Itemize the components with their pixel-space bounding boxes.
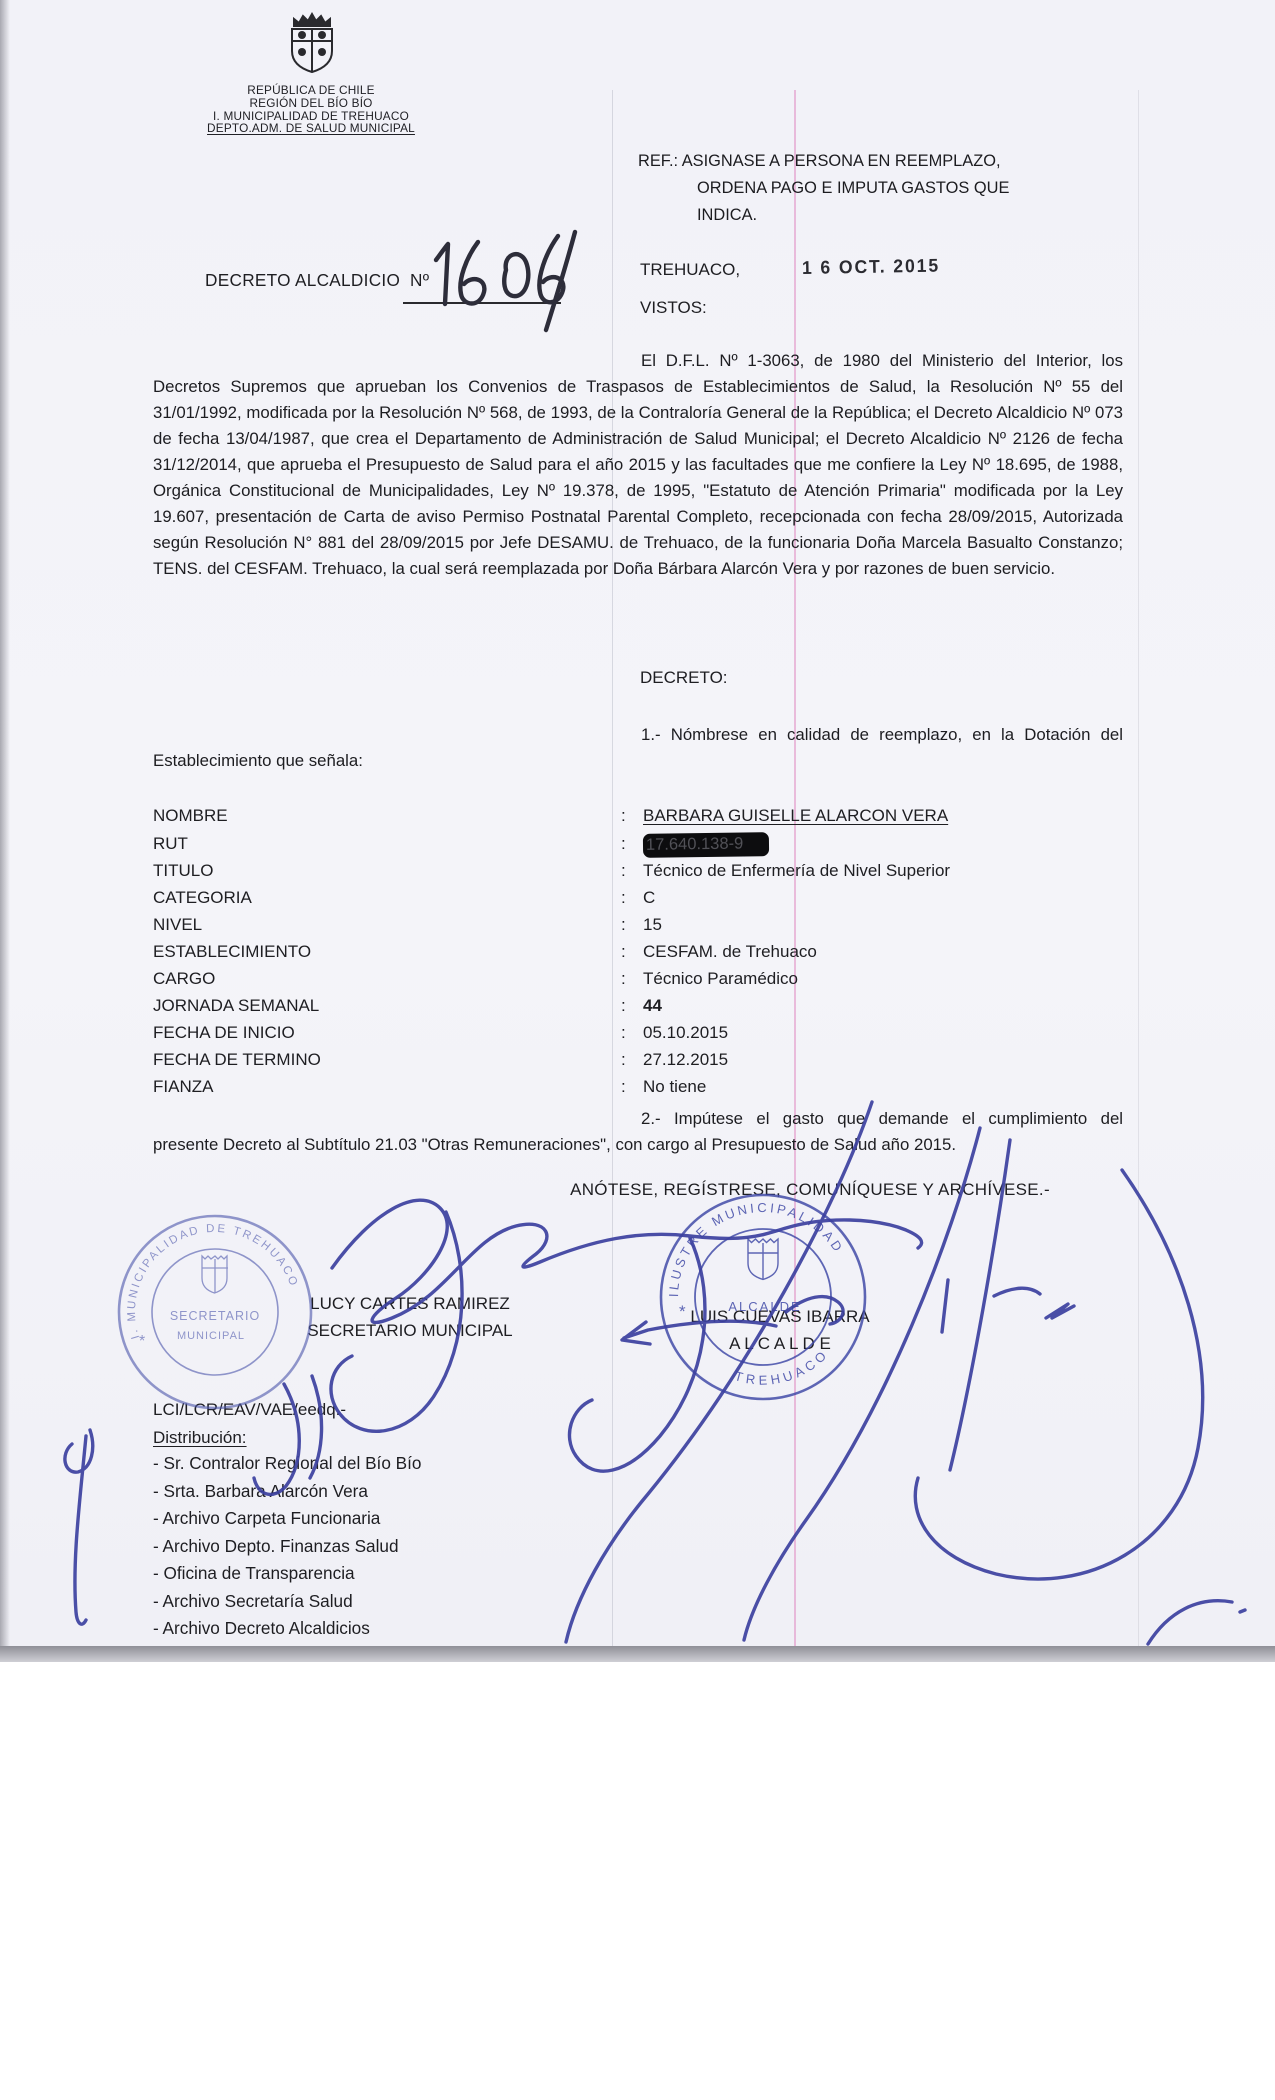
- mayor-title: A L C A L D E: [615, 1330, 945, 1357]
- dotation-row-fecha-inicio: FECHA DE INICIO:05.10.2015: [153, 1023, 1143, 1050]
- dotation-label: CARGO: [153, 969, 621, 989]
- distribution-item: - Archivo Depto. Finanzas Salud: [153, 1536, 399, 1557]
- distribution-label: Distribución:: [153, 1424, 247, 1451]
- mayor-signature-block: LUIS CUEVAS IBARRA A L C A L D E: [615, 1303, 945, 1357]
- dotation-row-cargo: CARGO:Técnico Paramédico: [153, 969, 1143, 996]
- dotation-value: 05.10.2015: [643, 1023, 728, 1043]
- colon-separator: :: [621, 1077, 643, 1097]
- dotation-row-nivel: NIVEL:15: [153, 915, 1143, 942]
- reference-line-3: INDICA.: [697, 206, 757, 225]
- dotation-value: No tiene: [643, 1077, 706, 1097]
- city-line: TREHUACO,: [640, 260, 740, 280]
- colon-separator: :: [621, 969, 643, 989]
- dotation-row-fianza: FIANZA:No tiene: [153, 1077, 1143, 1104]
- colon-separator: :: [621, 942, 643, 962]
- vistos-label: VISTOS:: [640, 298, 707, 318]
- letterhead-line: REPÚBLICA DE CHILE: [150, 84, 472, 97]
- distribution-item: - Archivo Carpeta Funcionaria: [153, 1508, 380, 1529]
- dotation-label: ESTABLECIMIENTO: [153, 942, 621, 962]
- dotation-value-redacted: 17.640.138-9: [646, 834, 744, 853]
- stamp-star: *: [139, 1333, 145, 1350]
- dotation-label: RUT: [153, 834, 621, 854]
- colon-separator: :: [621, 806, 643, 826]
- dotation-label: CATEGORIA: [153, 888, 621, 908]
- colon-separator: :: [621, 915, 643, 935]
- municipal-coat-of-arms-icon: [270, 12, 354, 82]
- letterhead-line-dept: DEPTO.ADM. DE SALUD MUNICIPAL: [150, 122, 472, 135]
- dotation-row-fecha-termino: FECHA DE TERMINO:27.12.2015: [153, 1050, 1143, 1077]
- dotation-value: CESFAM. de Trehuaco: [643, 942, 817, 962]
- handwritten-decree-number: [418, 226, 588, 338]
- distribution-item: - Oficina de Transparencia: [153, 1563, 355, 1584]
- dotation-row-rut: RUT:17.640.138-9: [153, 833, 1143, 860]
- vistos-paragraph: El D.F.L. Nº 1-3063, de 1980 del Ministe…: [153, 348, 1123, 582]
- scanner-left-edge-shadow: [0, 0, 10, 1652]
- colon-separator: :: [621, 888, 643, 908]
- reference-line-2: ORDENA PAGO E IMPUTA GASTOS QUE: [697, 179, 1009, 198]
- distribution-item: - Srta. Barbara Alarcón Vera: [153, 1481, 368, 1502]
- colon-separator: :: [621, 834, 643, 854]
- decree-label: DECRETO ALCALDICIO: [205, 270, 400, 291]
- redaction-bar: 17.640.138-9: [643, 832, 770, 858]
- decreto-item-1: 1.- Nómbrese en calidad de reemplazo, en…: [153, 722, 1123, 774]
- dotation-label: NIVEL: [153, 915, 621, 935]
- dotation-value: Técnico Paramédico: [643, 969, 798, 989]
- distribution-item: - Sr. Contralor Regional del Bío Bío: [153, 1453, 421, 1474]
- colon-separator: :: [621, 1050, 643, 1070]
- dotation-row-establecimiento: ESTABLECIMIENTO:CESFAM. de Trehuaco: [153, 942, 1143, 969]
- distribution-item: - Archivo Decreto Alcaldicios: [153, 1618, 370, 1639]
- dotation-value: Técnico de Enfermería de Nivel Superior: [643, 861, 950, 881]
- mayor-stamp: ILUSTRE MUNICIPALIDAD TREHUACO ALCALDE *: [648, 1182, 878, 1412]
- dotation-value: C: [643, 888, 655, 908]
- colon-separator: :: [621, 996, 643, 1016]
- dotation-value: 44: [643, 996, 662, 1016]
- date-stamp: 1 6 OCT. 2015: [802, 255, 940, 279]
- dotation-label: JORNADA SEMANAL: [153, 996, 621, 1016]
- letterhead: REPÚBLICA DE CHILE REGIÓN DEL BÍO BÍO I.…: [150, 84, 472, 135]
- dotation-value: BARBARA GUISELLE ALARCON VERA: [643, 806, 948, 826]
- dotation-row-jornada: JORNADA SEMANAL:44: [153, 996, 1143, 1023]
- dotation-row-categoria: CATEGORIA:C: [153, 888, 1143, 915]
- colon-separator: :: [621, 861, 643, 881]
- reference-line-1: REF.: ASIGNASE A PERSONA EN REEMPLAZO,: [638, 152, 1001, 171]
- colon-separator: :: [621, 1023, 643, 1043]
- stamp-center-text: MUNICIPAL: [177, 1330, 245, 1342]
- secretary-name: LUCY CARTES RAMIREZ: [245, 1290, 575, 1317]
- dotation-label: FECHA DE TERMINO: [153, 1050, 621, 1070]
- closing-formula: ANÓTESE, REGÍSTRESE, COMUNÍQUESE Y ARCHÍ…: [460, 1180, 1160, 1200]
- dotation-label: NOMBRE: [153, 806, 621, 826]
- secretary-title: SECRETARIO MUNICIPAL: [245, 1317, 575, 1344]
- dotation-label: TITULO: [153, 861, 621, 881]
- responsibility-initials: LCI/LCR/EAV/VAE/eedq.-: [153, 1396, 346, 1423]
- dotation-row-titulo: TITULO:Técnico de Enfermería de Nivel Su…: [153, 861, 1143, 888]
- dotation-value: 15: [643, 915, 662, 935]
- decreto-item-2: 2.- Impútese el gasto que demande el cum…: [153, 1106, 1123, 1158]
- distribution-item: - Archivo Secretaría Salud: [153, 1591, 353, 1612]
- mayor-name: LUIS CUEVAS IBARRA: [615, 1303, 945, 1330]
- dotation-label: FIANZA: [153, 1077, 621, 1097]
- dotation-row-nombre: NOMBRE:BARBARA GUISELLE ALARCON VERA: [153, 806, 1143, 833]
- scanned-decree-page: REPÚBLICA DE CHILE REGIÓN DEL BÍO BÍO I.…: [0, 0, 1275, 2100]
- scan-bottom-edge: [0, 1646, 1275, 1662]
- letterhead-line: REGIÓN DEL BÍO BÍO: [150, 97, 472, 110]
- scan-paper-area: REPÚBLICA DE CHILE REGIÓN DEL BÍO BÍO I.…: [0, 0, 1275, 1652]
- dotation-label: FECHA DE INICIO: [153, 1023, 621, 1043]
- dotation-value: 27.12.2015: [643, 1050, 728, 1070]
- secretary-signature-block: LUCY CARTES RAMIREZ SECRETARIO MUNICIPAL: [245, 1290, 575, 1344]
- decreto-label: DECRETO:: [640, 668, 728, 688]
